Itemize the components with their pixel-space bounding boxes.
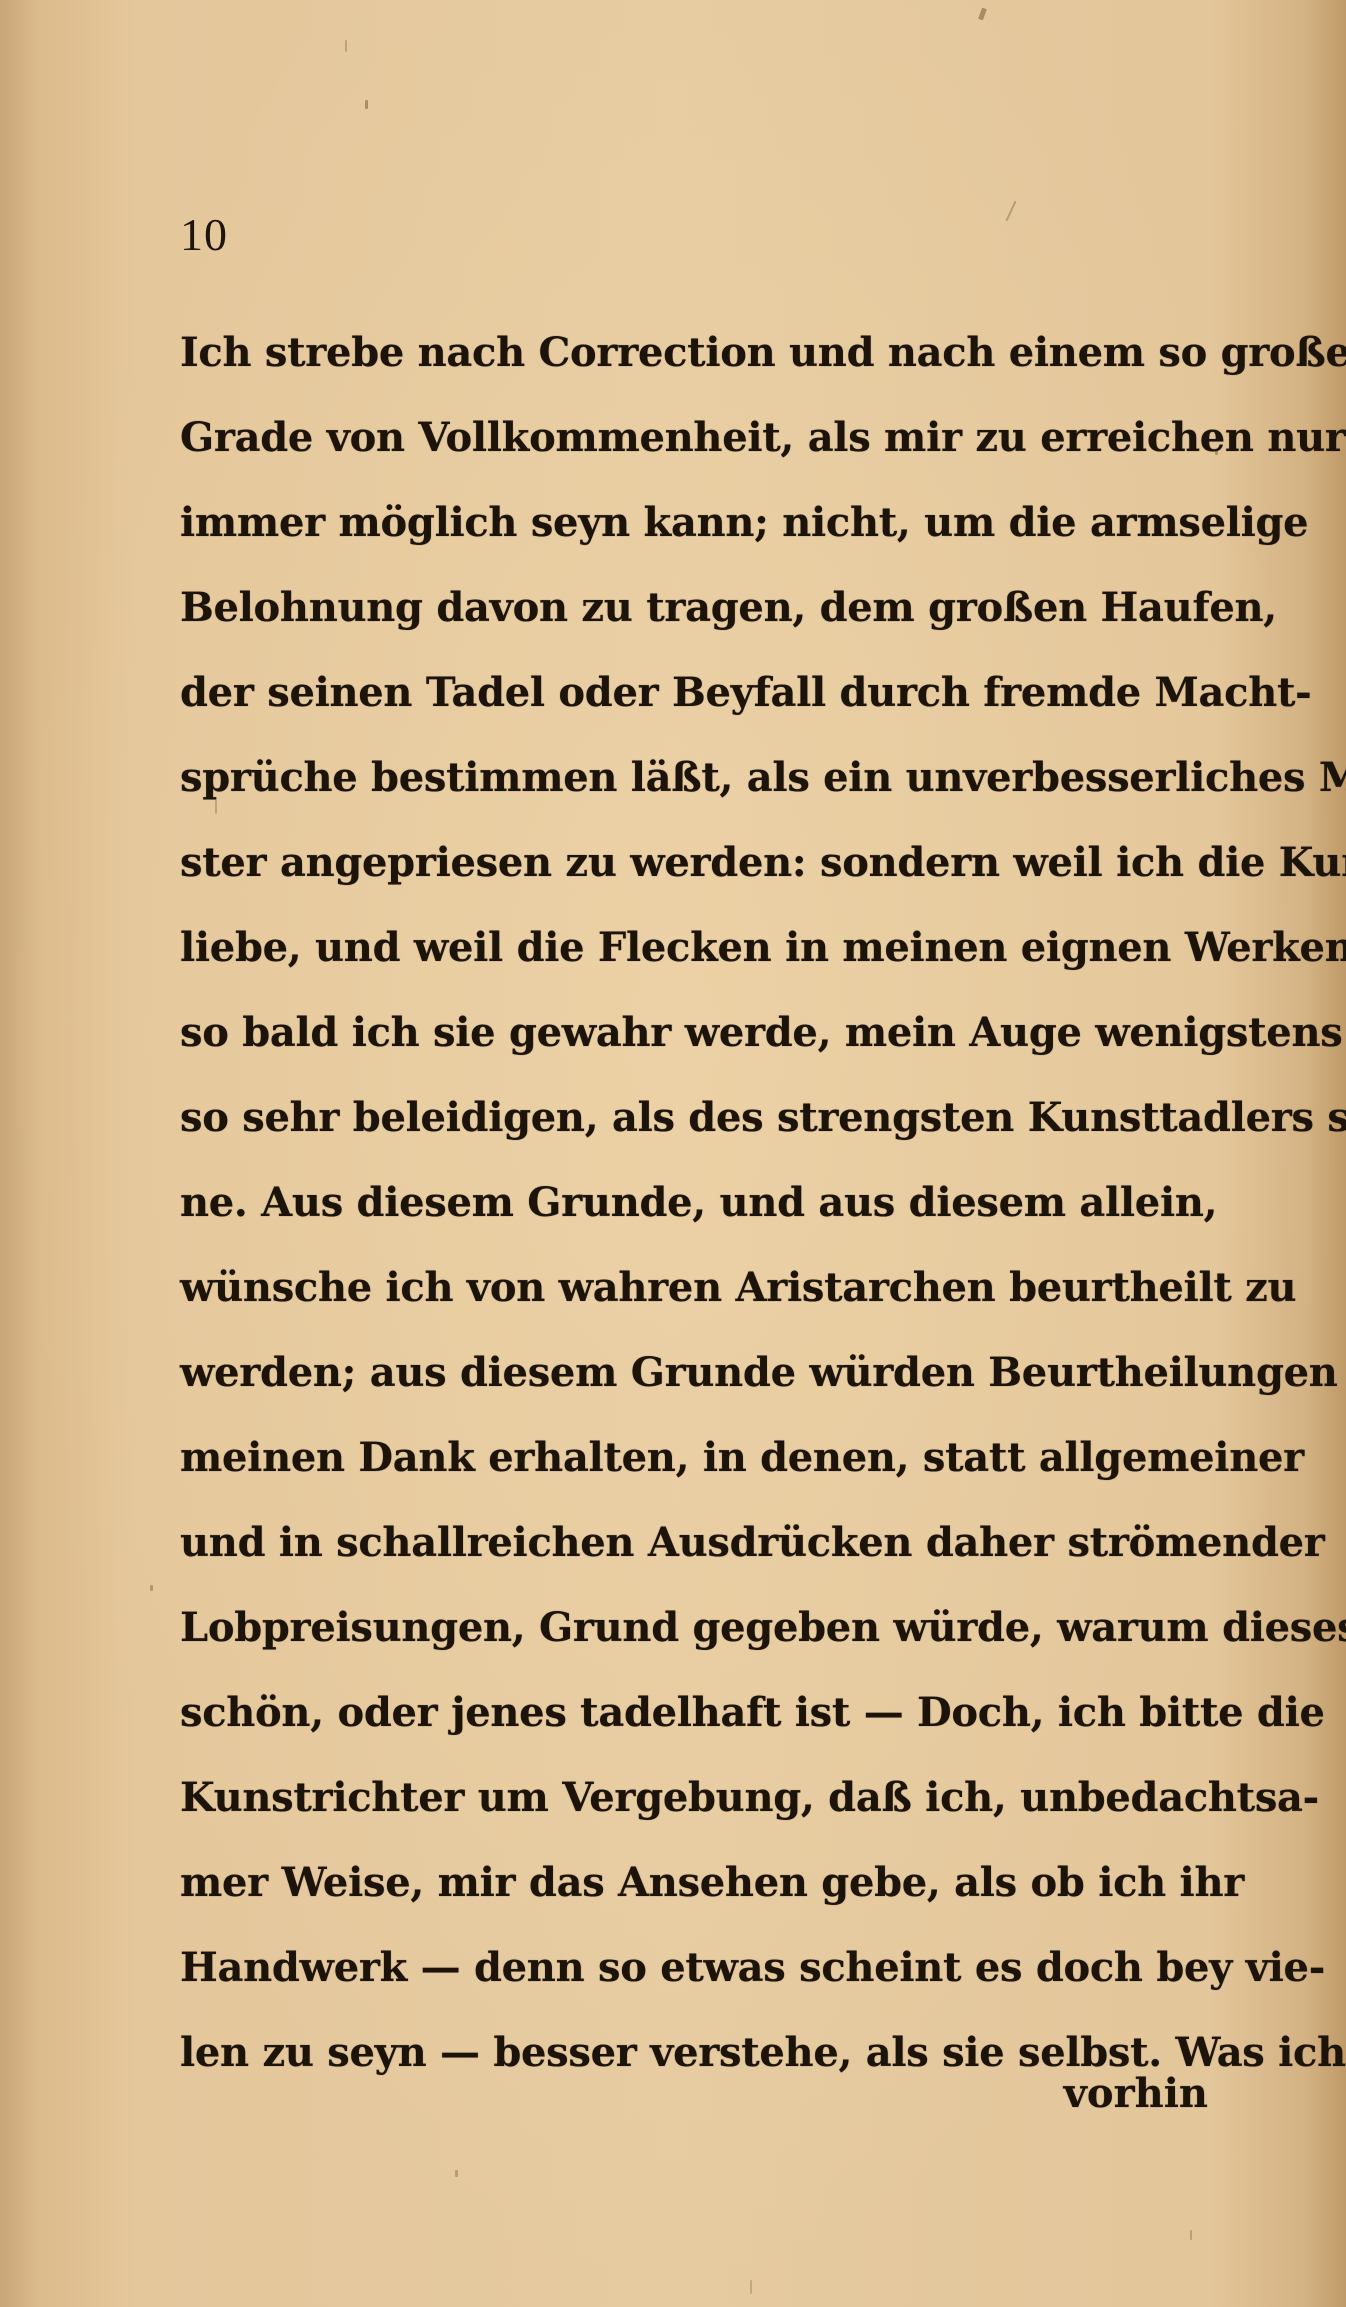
body-text: Ich strebe nach Correction und nach eine… (180, 310, 1210, 2095)
text-line: Belohnung davon zu tragen, dem großen Ha… (180, 565, 1210, 650)
text-line: werden; aus diesem Grunde würden Beurthe… (180, 1330, 1210, 1415)
paper-speck (150, 1585, 153, 1591)
text-line: Kunstrichter um Vergebung, daß ich, unbe… (180, 1755, 1210, 1840)
page-number: 10 (180, 208, 228, 261)
text-line: immer möglich seyn kann; nicht, um die a… (180, 480, 1210, 565)
paper-speck (750, 2280, 752, 2294)
paper-speck (978, 8, 987, 21)
text-line: so bald ich sie gewahr werde, mein Auge … (180, 990, 1210, 1075)
text-line: Lobpreisungen, Grund gegeben würde, waru… (180, 1585, 1210, 1670)
text-line: der seinen Tadel oder Beyfall durch frem… (180, 650, 1210, 735)
text-line: sprüche bestimmen läßt, als ein unverbes… (180, 735, 1210, 820)
paper-speck (365, 100, 368, 109)
text-line: meinen Dank erhalten, in denen, statt al… (180, 1415, 1210, 1500)
text-line: liebe, und weil die Flecken in meinen ei… (180, 905, 1210, 990)
text-line: und in schallreichen Ausdrücken daher st… (180, 1500, 1210, 1585)
paper-speck (345, 40, 347, 52)
text-line: ster angepriesen zu werden: sondern weil… (180, 820, 1210, 905)
text-line: mer Weise, mir das Ansehen gebe, als ob … (180, 1840, 1210, 1925)
paper-speck (455, 2170, 458, 2177)
text-line: ne. Aus diesem Grunde, und aus diesem al… (180, 1160, 1210, 1245)
text-line: len zu seyn — besser verstehe, als sie s… (180, 2010, 1210, 2095)
paper-speck (1005, 201, 1016, 222)
book-page: 10 Ich strebe nach Correction und nach e… (0, 0, 1346, 2307)
catchword: vorhin (1064, 2070, 1208, 2117)
text-line: Ich strebe nach Correction und nach eine… (180, 310, 1210, 395)
text-line: so sehr beleidigen, als des strengsten K… (180, 1075, 1210, 1160)
paper-speck (1190, 2230, 1192, 2240)
text-line: wünsche ich von wahren Aristarchen beurt… (180, 1245, 1210, 1330)
text-line: Grade von Vollkommenheit, als mir zu err… (180, 395, 1210, 480)
text-line: schön, oder jenes tadelhaft ist — Doch, … (180, 1670, 1210, 1755)
text-line: Handwerk — denn so etwas scheint es doch… (180, 1925, 1210, 2010)
